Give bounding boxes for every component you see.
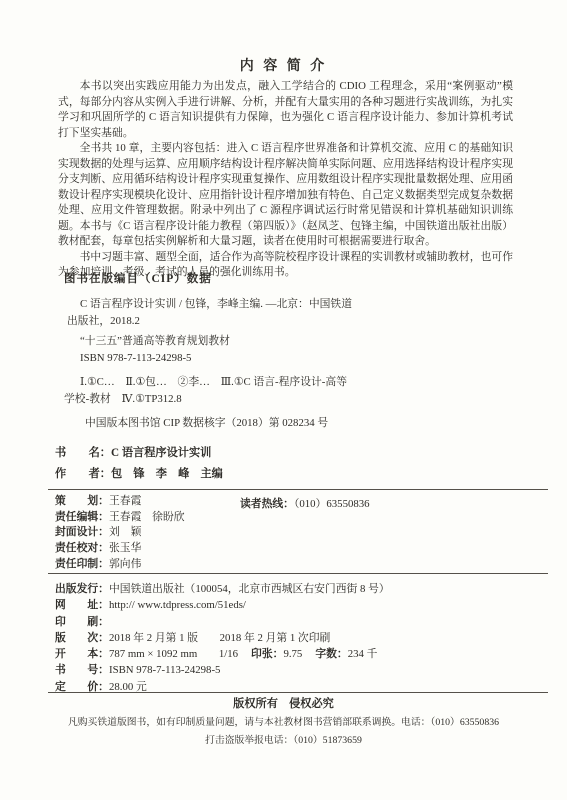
cip-line: C 语言程序设计实训 / 包锋，李峰主编. —北京：中国铁道 xyxy=(64,296,464,313)
reader-hotline: 读者热线：（010）63550836 xyxy=(240,496,370,511)
staff-value: 郭向伟 xyxy=(109,558,141,570)
quality-contact-line: 凡购买铁道版图书，如有印制质量问题，请与本社教材图书营销部联系调换。电话：（01… xyxy=(0,714,567,728)
staff-value: 王春霞 徐盼欣 xyxy=(109,511,185,523)
publishing-label: 开 本： xyxy=(55,648,109,660)
hotline-number: （010）63550836 xyxy=(294,498,370,510)
book-info-label: 作 者： xyxy=(55,468,111,480)
book-info-value: C 语言程序设计实训 xyxy=(111,447,211,459)
publishing-extras: 印张：9.75字数：234 千 xyxy=(238,648,377,660)
staff-value: 王春霞 xyxy=(109,495,141,507)
editorial-staff-block: 策 划：王春霞 责任编辑：王春霞 徐盼欣 封面设计：刘 颖 责任校对：张玉华 责… xyxy=(55,494,185,573)
staff-row: 策 划：王春霞 xyxy=(55,494,185,510)
staff-row: 责任印制：郭向伟 xyxy=(55,557,185,573)
divider-rule-top xyxy=(48,489,548,490)
publishing-row: 网 址：http:// www.tdpress.com/51eds/ xyxy=(55,597,525,613)
content-summary-paragraphs: 本书以突出实践应用能力为出发点，融入工学结合的 CDIO 工程理念，采用“案例驱… xyxy=(58,79,513,281)
publishing-value: 28.00 元 xyxy=(109,681,147,693)
publishing-value: 787 mm × 1092 mm 1/16 xyxy=(109,648,238,660)
intro-paragraph: 本书以突出实践应用能力为出发点，融入工学结合的 CDIO 工程理念，采用“案例驱… xyxy=(58,79,513,141)
book-info-row: 作 者：包 锋 李 峰 主编 xyxy=(55,464,223,485)
publishing-label: 定 价： xyxy=(55,681,109,693)
publishing-value: ISBN 978-7-113-24298-5 xyxy=(109,664,220,676)
publishing-row: 版 次：2018 年 2 月第 1 版 2018 年 2 月第 1 次印刷 xyxy=(55,630,525,646)
staff-label: 责任印制： xyxy=(55,558,109,570)
publishing-label: 印 刷： xyxy=(55,616,109,628)
publishing-info-block: 出版发行：中国铁道出版社（100054，北京市西城区右安门西街 8 号） 网 址… xyxy=(55,581,525,695)
cip-line: ISBN 978-7-113-24298-5 xyxy=(64,350,464,367)
staff-label: 责任编辑： xyxy=(55,511,109,523)
cip-data-block: C 语言程序设计实训 / 包锋，李峰主编. —北京：中国铁道 出版社，2018.… xyxy=(64,296,464,432)
book-copyright-page: 内 容 简 介 本书以突出实践应用能力为出发点，融入工学结合的 CDIO 工程理… xyxy=(0,0,567,800)
publishing-label: 网 址： xyxy=(55,599,109,611)
cip-line: 中国版本图书馆 CIP 数据核字（2018）第 028234 号 xyxy=(64,415,464,432)
divider-rule-middle xyxy=(48,573,548,574)
staff-value: 张玉华 xyxy=(109,542,141,554)
staff-row: 责任校对：张玉华 xyxy=(55,541,185,557)
hotline-label: 读者热线： xyxy=(240,498,294,510)
divider-rule-bottom xyxy=(48,692,548,693)
anti-piracy-line: 打击盗版举报电话：（010）51873659 xyxy=(0,732,567,746)
cip-line: “十三五”普通高等教育规划教材 xyxy=(64,333,464,350)
publishing-value: 2018 年 2 月第 1 版 2018 年 2 月第 1 次印刷 xyxy=(109,632,330,644)
copyright-notice: 版权所有 侵权必究 xyxy=(0,695,567,711)
publishing-value: 中国铁道出版社（100054，北京市西城区右安门西街 8 号） xyxy=(109,583,390,595)
publishing-row: 出版发行：中国铁道出版社（100054，北京市西城区右安门西街 8 号） xyxy=(55,581,525,597)
cip-line: Ⅰ.①C… Ⅱ.①包… ②李… Ⅲ.①C 语言-程序设计-高等 xyxy=(64,374,464,391)
content-summary-title: 内 容 简 介 xyxy=(0,55,567,75)
book-title-author-block: 书 名：C 语言程序设计实训 作 者：包 锋 李 峰 主编 xyxy=(55,443,223,484)
staff-row: 封面设计：刘 颖 xyxy=(55,525,185,541)
cip-line: 出版社，2018.2 xyxy=(64,313,464,330)
staff-row: 责任编辑：王春霞 徐盼欣 xyxy=(55,510,185,526)
publishing-row: 印 刷： xyxy=(55,614,525,630)
staff-value: 刘 颖 xyxy=(109,526,141,538)
publishing-row: 书 号：ISBN 978-7-113-24298-5 xyxy=(55,662,525,678)
publishing-label: 出版发行： xyxy=(55,583,109,595)
cip-header: 图书在版编目（CIP）数据 xyxy=(64,270,212,286)
staff-label: 责任校对： xyxy=(55,542,109,554)
publishing-label: 书 号： xyxy=(55,664,109,676)
staff-label: 策 划： xyxy=(55,495,109,507)
book-info-label: 书 名： xyxy=(55,447,111,459)
book-info-value: 包 锋 李 峰 主编 xyxy=(111,468,223,480)
publishing-value: http:// www.tdpress.com/51eds/ xyxy=(109,599,246,611)
staff-label: 封面设计： xyxy=(55,526,109,538)
cip-line: 学校-教材 Ⅳ.①TP312.8 xyxy=(64,391,464,408)
intro-paragraph: 全书共 10 章，主要内容包括：进入 C 语言程序世界准备和计算机交流、应用 C… xyxy=(58,141,513,250)
publishing-row: 开 本：787 mm × 1092 mm 1/16印张：9.75字数：234 千 xyxy=(55,646,525,662)
publishing-label: 版 次： xyxy=(55,632,109,644)
book-info-row: 书 名：C 语言程序设计实训 xyxy=(55,443,223,464)
